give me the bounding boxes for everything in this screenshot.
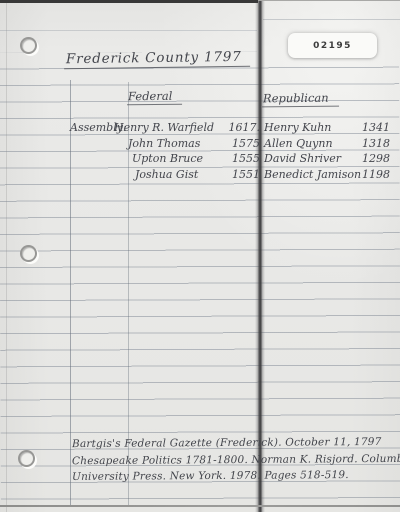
hole-punch-bottom [18, 450, 35, 467]
republican-candidate-name: Allen Quynn [264, 137, 333, 150]
catalog-number: 02195 [313, 41, 352, 51]
federal-candidate-name: Henry R. Warfield [114, 121, 214, 134]
citation-line-3: University Press. New York. 1978. Pages … [72, 469, 349, 483]
republican-candidate-name: David Shriver [264, 152, 341, 165]
republican-votes: 1298 [345, 152, 390, 165]
page-title: Frederick County 1797 [64, 49, 250, 70]
federal-candidate-name: John Thomas [128, 137, 200, 150]
federal-votes: 1555 [219, 152, 260, 165]
page-top-edge [0, 0, 258, 3]
republican-votes: 1341 [345, 121, 390, 134]
catalog-sticker: 02195 [288, 33, 377, 58]
column-header-republican: Republican [262, 91, 339, 108]
citation-line-2: Chesapeake Politics 1781-1800. Norman K.… [72, 453, 400, 467]
table-row: Joshua Gist 1551 Benedict Jamison 1198 [0, 168, 400, 183]
page-left-edge [6, 0, 7, 512]
table-row: John Thomas 1575 Allen Quynn 1318 [0, 137, 400, 152]
hole-punch-middle [20, 245, 37, 262]
partial-ruled-line-right [263, 19, 400, 20]
scanned-ledger-page: 02195 Frederick County 1797 Federal Repu… [0, 0, 400, 512]
federal-candidate-name: Joshua Gist [135, 168, 198, 181]
hole-punch-top [20, 37, 37, 54]
page-bottom-edge [0, 505, 400, 507]
federal-votes: 1617. [219, 121, 260, 134]
republican-candidate-name: Henry Kuhn [264, 121, 331, 134]
federal-candidate-name: Upton Bruce [132, 152, 203, 165]
binding-spine-line [255, 0, 265, 512]
partial-ruled-line-left [0, 30, 257, 31]
federal-votes: 1551 [219, 168, 260, 181]
column-header-federal: Federal [127, 89, 183, 106]
table-row: Upton Bruce 1555 David Shriver 1298 [0, 152, 400, 167]
page-top-edge-right [258, 0, 400, 1]
federal-votes: 1575 [219, 137, 260, 150]
republican-votes: 1318 [345, 137, 390, 150]
citation-line-1: Bartgis's Federal Gazette (Frederick). O… [72, 436, 382, 450]
table-row: Assembly: Henry R. Warfield 1617. Henry … [0, 121, 400, 136]
republican-votes: 1198 [345, 168, 390, 181]
